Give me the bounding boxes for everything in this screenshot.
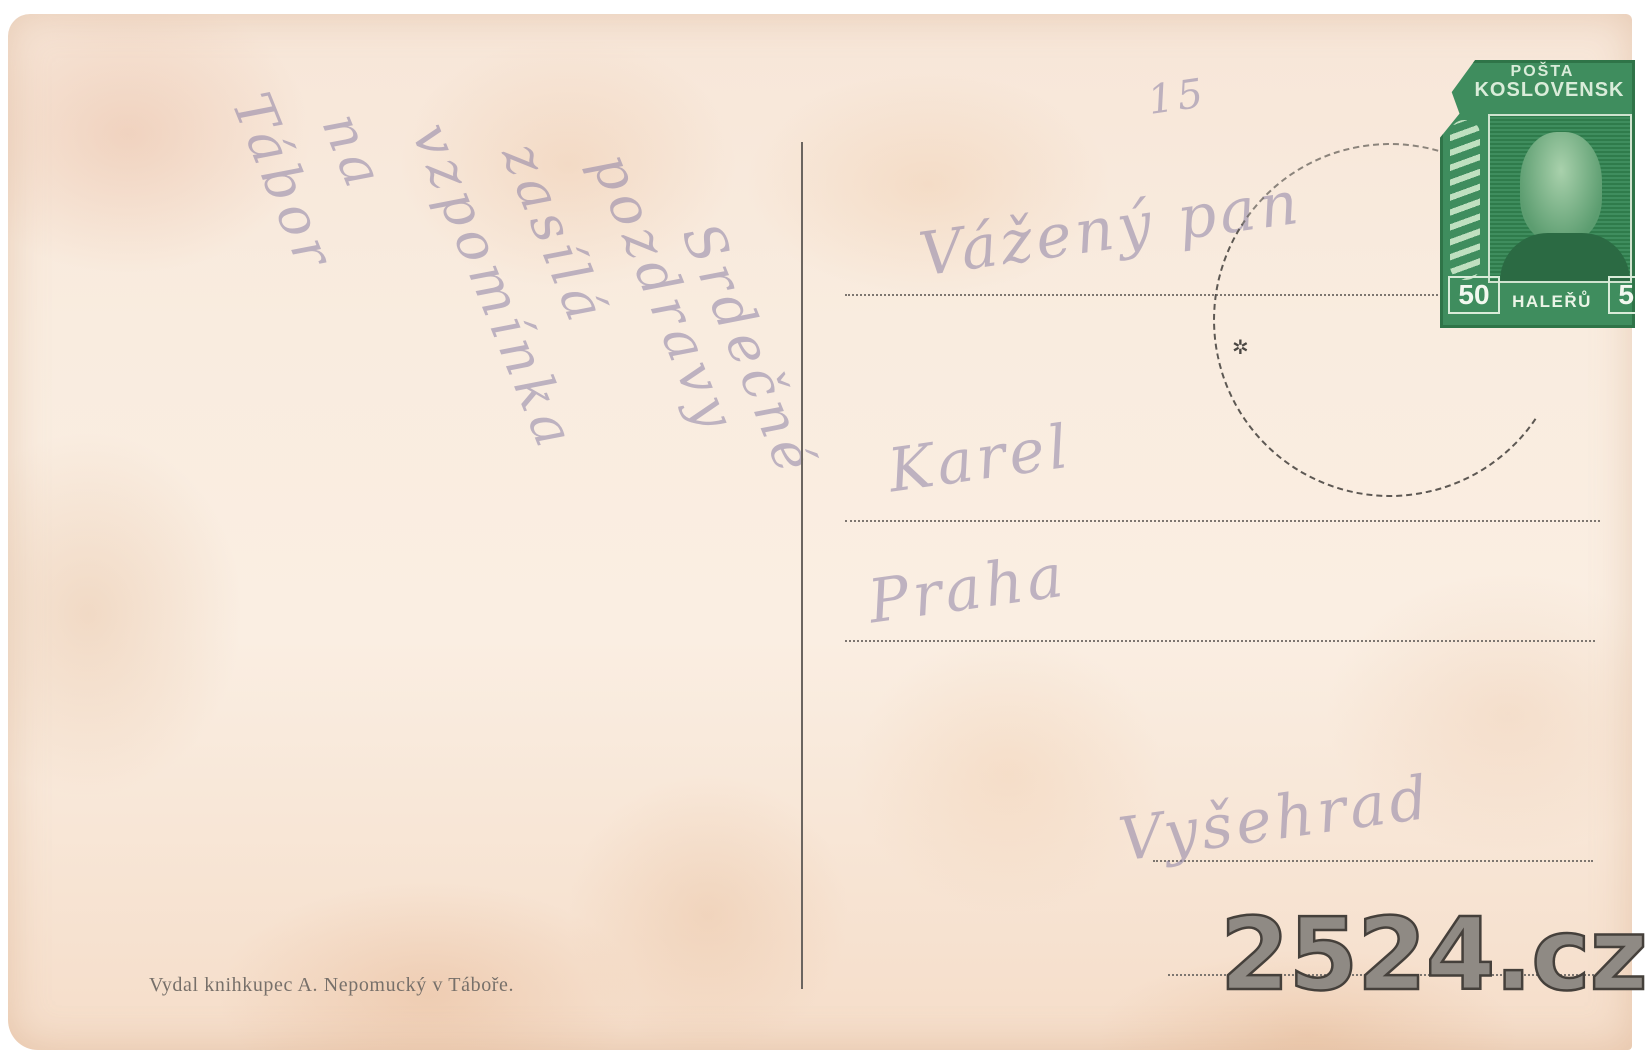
message-line: zasílá <box>490 134 620 335</box>
stamp-country-line2: KOSLOVENSK <box>1440 80 1635 100</box>
stamp-value-right: 50 <box>1608 276 1650 314</box>
postage-stamp: POŠTA KOSLOVENSK 50 HALEŘŮ 50 <box>1440 60 1635 328</box>
message-line: na <box>310 104 398 201</box>
handwritten-message: Srdečné pozdravy zasílá vzpomínka na Táb… <box>128 74 788 934</box>
watermark-logo: 2524.cz <box>1220 905 1647 1005</box>
portrait-icon <box>1488 114 1632 283</box>
address-text: Praha <box>864 540 1071 637</box>
address-line-4 <box>1153 860 1593 862</box>
laurel-icon <box>1450 120 1480 280</box>
message-line: pozdravy <box>580 144 750 443</box>
address-line-2 <box>845 520 1600 522</box>
corner-note: 15 <box>1145 70 1210 124</box>
message-line: Srdečné <box>670 214 829 486</box>
portrait-head <box>1520 132 1602 242</box>
address-line-3 <box>845 640 1595 642</box>
publisher-imprint: Vydal knihkupec A. Nepomucký v Táboře. <box>149 974 514 997</box>
card-divider-line <box>801 142 803 989</box>
stamp-unit: HALEŘŮ <box>1500 292 1604 312</box>
message-line: vzpomínka <box>400 114 589 460</box>
portrait-coat <box>1500 233 1630 281</box>
postmark-star-icon: ✲ <box>1232 335 1249 359</box>
stamp-value-left: 50 <box>1448 276 1500 314</box>
address-text: Vyšehrad <box>1115 762 1436 875</box>
message-line: Tábor <box>220 84 348 281</box>
address-text: Karel <box>884 412 1076 507</box>
stamp-country: POŠTA KOSLOVENSK <box>1440 64 1635 100</box>
